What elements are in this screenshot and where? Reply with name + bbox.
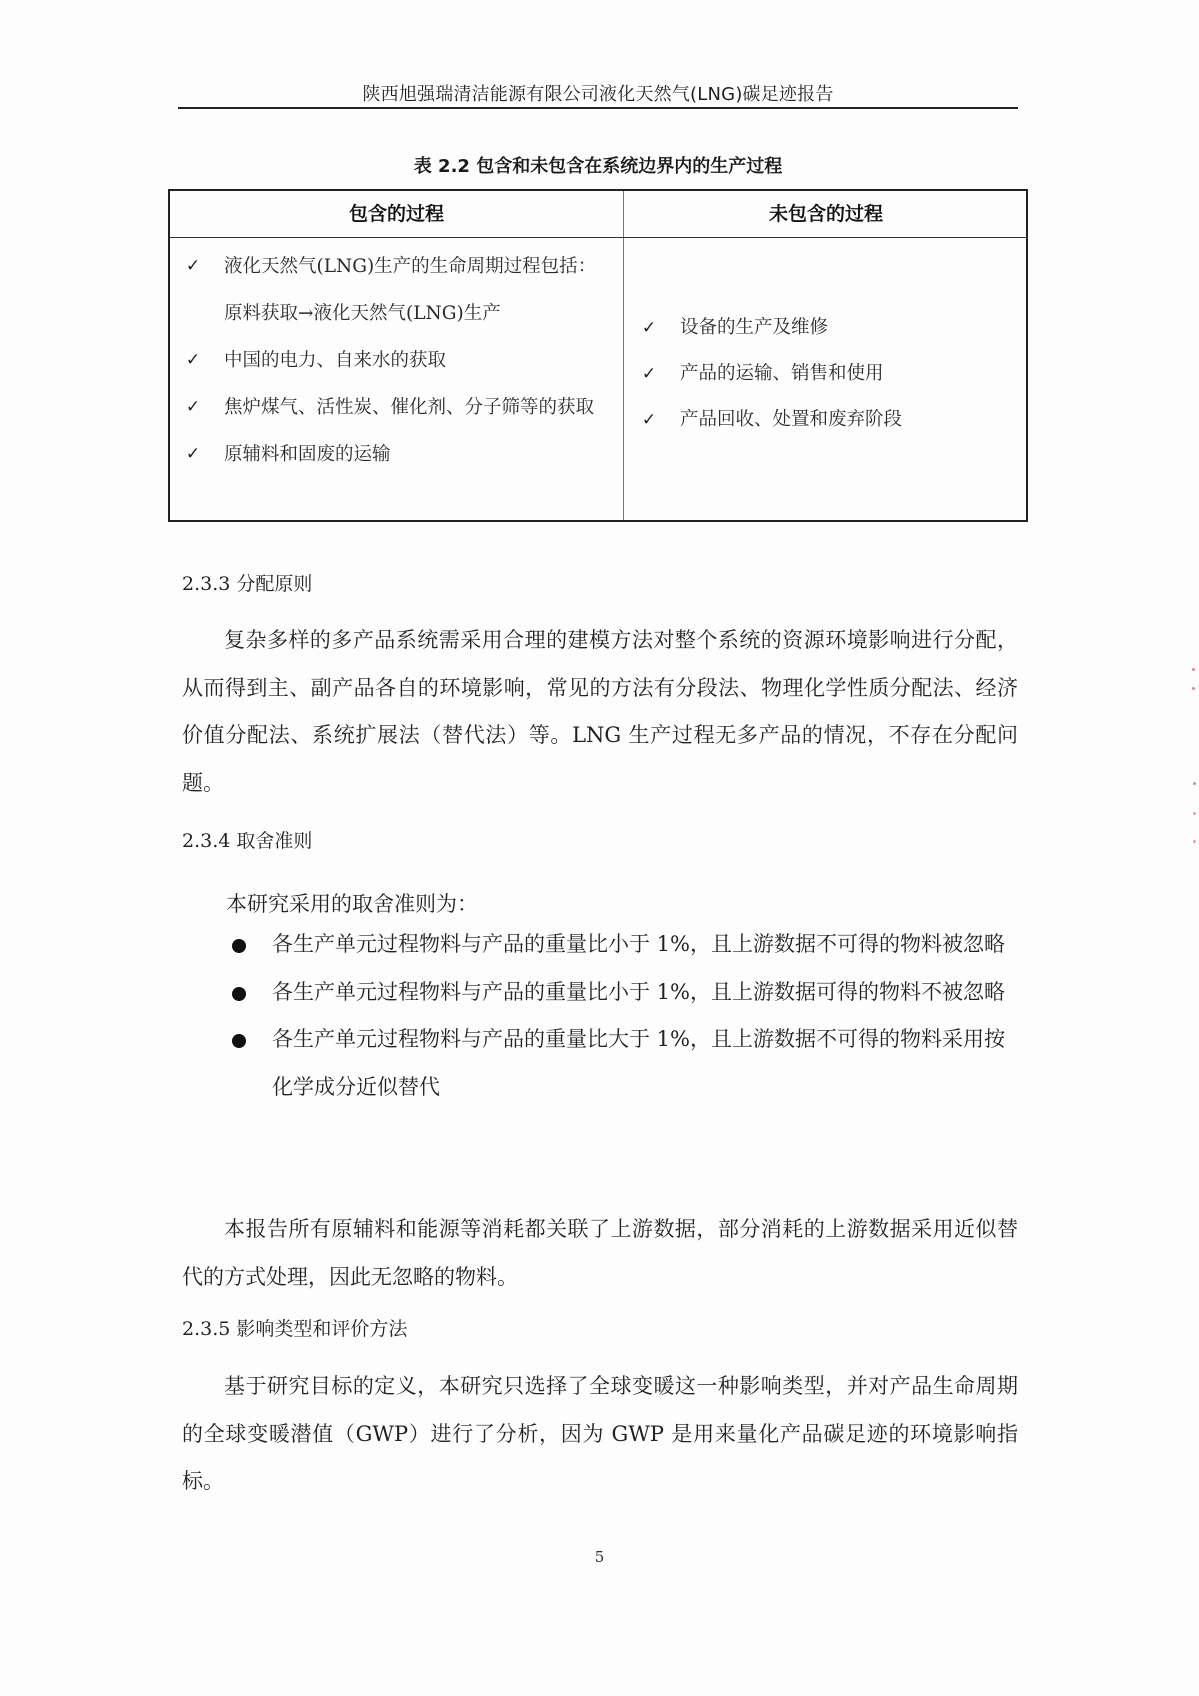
check-icon: ✓ — [638, 305, 660, 351]
cutoff-lead-text: 本研究采用的取舍准则为： — [226, 888, 478, 918]
paragraph-impact: 基于研究目标的定义，本研究只选择了全球变暖这一种影响类型，并对产品生命周期的全球… — [182, 1363, 1018, 1506]
column-divider — [623, 191, 624, 520]
header-row-rule — [170, 237, 1026, 238]
included-item: ✓ 液化天然气(LNG)生产的生命周期过程包括：原料获取→液化天然气(LNG)生… — [182, 243, 612, 337]
paragraph-allocation: 复杂多样的多产品系统需采用合理的建模方法对整个系统的资源环境影响进行分配，从而得… — [182, 617, 1018, 807]
excluded-item: ✓ 产品的运输、销售和使用 — [638, 351, 1018, 397]
header-rule — [178, 107, 1018, 109]
check-icon: ✓ — [638, 351, 660, 397]
included-process-list: ✓ 液化天然气(LNG)生产的生命周期过程包括：原料获取→液化天然气(LNG)生… — [182, 243, 612, 478]
included-item: ✓ 原辅料和固废的运输 — [182, 431, 612, 478]
check-icon: ✓ — [182, 431, 204, 478]
excluded-process-list: ✓ 设备的生产及维修 ✓ 产品的运输、销售和使用 ✓ 产品回收、处置和废弃阶段 — [638, 305, 1018, 443]
included-item-text: 中国的电力、自来水的获取 — [224, 350, 446, 371]
cutoff-criterion-text: 各生产单元过程物料与产品的重量比小于 1%，且上游数据可得的物料不被忽略 — [272, 980, 1005, 1004]
included-item-text: 原辅料和固废的运输 — [224, 444, 391, 465]
check-icon: ✓ — [182, 337, 204, 384]
paragraph-cutoff-conclusion: 本报告所有原辅料和能源等消耗都关联了上游数据，部分消耗的上游数据采用近似替代的方… — [182, 1206, 1018, 1301]
page-number: 5 — [0, 1548, 1199, 1566]
included-item: ✓ 焦炉煤气、活性炭、催化剂、分子筛等的获取 — [182, 384, 612, 431]
bullet-icon — [232, 987, 246, 1001]
excluded-item-text: 设备的生产及维修 — [680, 317, 828, 338]
excluded-item-text: 产品的运输、销售和使用 — [680, 363, 884, 384]
document-page: 陕西旭强瑞清洁能源有限公司液化天然气(LNG)碳足迹报告 表 2.2 包含和未包… — [0, 0, 1199, 1696]
included-item: ✓ 中国的电力、自来水的获取 — [182, 337, 612, 384]
excluded-item-text: 产品回收、处置和废弃阶段 — [680, 409, 902, 430]
cutoff-criterion: 各生产单元过程物料与产品的重量比小于 1%，且上游数据不可得的物料被忽略 — [226, 921, 1018, 969]
cutoff-criterion: 各生产单元过程物料与产品的重量比大于 1%，且上游数据不可得的物料采用按化学成分… — [226, 1016, 1018, 1111]
bullet-icon — [232, 939, 246, 953]
column-header-included: 包含的过程 — [170, 199, 623, 229]
table-caption: 表 2.2 包含和未包含在系统边界内的生产过程 — [168, 152, 1028, 178]
bullet-icon — [232, 1034, 246, 1048]
check-icon: ✓ — [182, 243, 204, 290]
check-icon: ✓ — [182, 384, 204, 431]
column-header-excluded: 未包含的过程 — [624, 199, 1028, 229]
scan-artifact — [1192, 668, 1195, 671]
scan-artifact — [1193, 782, 1196, 785]
check-icon: ✓ — [638, 397, 660, 443]
cutoff-criteria-list: 各生产单元过程物料与产品的重量比小于 1%，且上游数据不可得的物料被忽略 各生产… — [226, 921, 1018, 1111]
scan-artifact — [1193, 840, 1196, 843]
excluded-item: ✓ 产品回收、处置和废弃阶段 — [638, 397, 1018, 443]
cutoff-criterion-text: 各生产单元过程物料与产品的重量比小于 1%，且上游数据不可得的物料被忽略 — [272, 932, 1005, 956]
cutoff-criterion: 各生产单元过程物料与产品的重量比小于 1%，且上游数据可得的物料不被忽略 — [226, 969, 1018, 1017]
scan-artifact — [1192, 687, 1195, 690]
scan-artifact — [1193, 812, 1196, 815]
excluded-item: ✓ 设备的生产及维修 — [638, 305, 1018, 351]
included-item-text: 焦炉煤气、活性炭、催化剂、分子筛等的获取 — [224, 397, 594, 418]
section-heading-allocation: 2.3.3 分配原则 — [182, 569, 312, 596]
running-header: 陕西旭强瑞清洁能源有限公司液化天然气(LNG)碳足迹报告 — [178, 80, 1018, 106]
section-heading-impact: 2.3.5 影响类型和评价方法 — [182, 1314, 407, 1341]
cutoff-criterion-text: 各生产单元过程物料与产品的重量比大于 1%，且上游数据不可得的物料采用按化学成分… — [272, 1027, 1005, 1099]
section-heading-cutoff: 2.3.4 取舍准则 — [182, 826, 312, 853]
included-item-text: 液化天然气(LNG)生产的生命周期过程包括：原料获取→液化天然气(LNG)生产 — [224, 256, 596, 324]
process-boundary-table: 包含的过程 未包含的过程 ✓ 液化天然气(LNG)生产的生命周期过程包括：原料获… — [168, 189, 1028, 522]
